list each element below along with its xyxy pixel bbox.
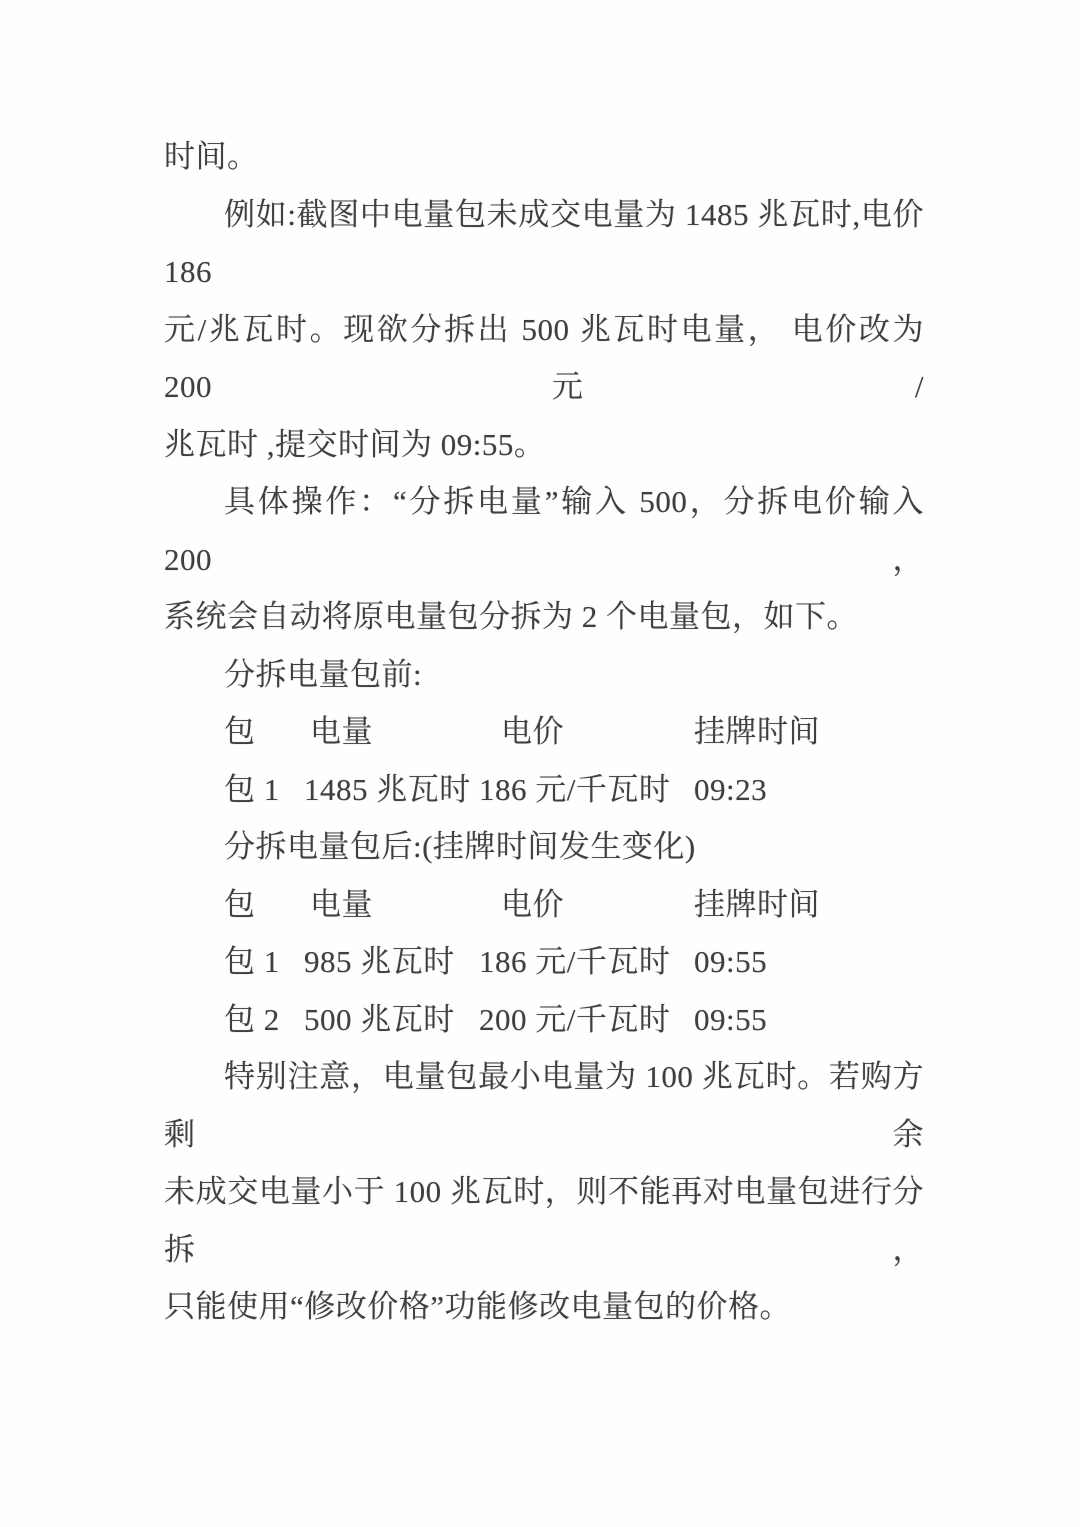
cell-listing-time: 09:55 (694, 933, 924, 991)
cell-package: 包 1 (224, 933, 304, 991)
cell-listing-time: 09:23 (694, 761, 924, 819)
cell-quantity: 500 兆瓦时 (304, 991, 479, 1049)
cell-quantity: 985 兆瓦时 (304, 933, 479, 991)
table-row: 包 1 985 兆瓦时 186 元/千瓦时 09:55 (224, 933, 924, 991)
table-row: 包 1 1485 兆瓦时 186 元/千瓦时 09:23 (224, 761, 924, 819)
scanned-document-page: 时间。 例如:截图中电量包未成交电量为 1485 兆瓦时,电价 186 元/兆瓦… (0, 0, 1080, 1527)
cell-package: 包 2 (224, 991, 304, 1049)
before-split-table: 包 电量 电价 挂牌时间 包 1 1485 兆瓦时 186 元/千瓦时 09:2… (224, 703, 924, 818)
operation-paragraph-line-2: 系统会自动将原电量包分拆为 2 个电量包，如下。 (164, 588, 924, 646)
header-quantity: 电量 (304, 876, 479, 934)
header-quantity: 电量 (304, 703, 479, 761)
cell-price: 186 元/千瓦时 (479, 933, 694, 991)
cell-price: 186 元/千瓦时 (479, 761, 694, 819)
example-paragraph-line-3: 兆瓦时 ,提交时间为 09:55。 (164, 416, 924, 474)
example-paragraph-line-1: 例如:截图中电量包未成交电量为 1485 兆瓦时,电价 186 (164, 186, 924, 301)
after-split-label: 分拆电量包后:(挂牌时间发生变化) (164, 818, 924, 876)
header-listing-time: 挂牌时间 (694, 703, 924, 761)
after-split-table: 包 电量 电价 挂牌时间 包 1 985 兆瓦时 186 元/千瓦时 09:55… (224, 876, 924, 1049)
header-price: 电价 (479, 876, 694, 934)
note-paragraph-line-2: 未成交电量小于 100 兆瓦时，则不能再对电量包进行分拆， (164, 1163, 924, 1278)
cell-quantity: 1485 兆瓦时 (304, 761, 479, 819)
before-split-label: 分拆电量包前: (164, 646, 924, 704)
table-row: 包 2 500 兆瓦时 200 元/千瓦时 09:55 (224, 991, 924, 1049)
cell-price: 200 元/千瓦时 (479, 991, 694, 1049)
table-header-row: 包 电量 电价 挂牌时间 (224, 876, 924, 934)
note-paragraph-line-3: 只能使用“修改价格”功能修改电量包的价格。 (164, 1278, 924, 1336)
paragraph-tail-line: 时间。 (164, 128, 924, 186)
example-paragraph-line-2: 元/兆瓦时。现欲分拆出 500 兆瓦时电量， 电价改为 200 元/ (164, 301, 924, 416)
table-header-row: 包 电量 电价 挂牌时间 (224, 703, 924, 761)
header-package: 包 (224, 876, 304, 934)
note-paragraph-line-1: 特别注意，电量包最小电量为 100 兆瓦时。若购方剩余 (164, 1048, 924, 1163)
operation-paragraph-line-1: 具体操作：“分拆电量”输入 500，分拆电价输入 200， (164, 473, 924, 588)
cell-listing-time: 09:55 (694, 991, 924, 1049)
cell-package: 包 1 (224, 761, 304, 819)
header-package: 包 (224, 703, 304, 761)
header-price: 电价 (479, 703, 694, 761)
header-listing-time: 挂牌时间 (694, 876, 924, 934)
document-body: 时间。 例如:截图中电量包未成交电量为 1485 兆瓦时,电价 186 元/兆瓦… (164, 128, 924, 1336)
